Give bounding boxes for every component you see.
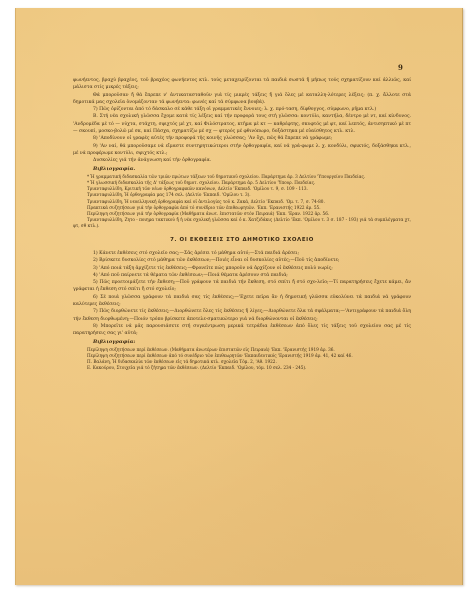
scanned-page: 9 φωνήεντος, βραχύ βραχέος, τοῦ βραχέος … <box>15 8 463 585</box>
question: 3) 'Από ποιά τάξη ἀρχίζετε τίς ἐκθέσεις;… <box>73 265 411 272</box>
page-number: 9 <box>398 63 403 72</box>
paragraph: Θά μποροῦσαν ἤ θά ἔπρεπε ν' ἀντικατασταθ… <box>73 92 411 107</box>
bibliography-entry: Τριανταφυλλίδη, Ζητο - ποιημα τακτικού ἤ… <box>73 217 411 229</box>
page-body: φωνήεντος, βραχύ βραχέος, τοῦ βραχέος φω… <box>73 77 411 372</box>
question: 1) Κάνετε ἐκθέσεις στό σχολεῖο σας;—Σᾶς … <box>73 250 411 257</box>
question: 4) 'Από ποῦ παίρνετε τά θέματα τῶν ἐκθέσ… <box>73 272 411 279</box>
question: 5) Πῶς προετοιμάζετε τήν ἔκθεση;—Ποῦ γρά… <box>73 279 411 294</box>
bibliography-entry: Ε. Κακούρου, Στοιχεῖα γιά τό ζήτημα τῶν … <box>73 365 411 371</box>
bibliography-heading: Βιβλιογραφία: <box>73 339 411 346</box>
section-heading: 7. ΟΙ ΕΚΘΕΣΕΙΣ ΣΤΟ ΔΗΜΟΤΙΚΟ ΣΧΟΛΕΙΟ <box>73 237 411 244</box>
question-9: 9) 'Αν ναί, θά μποροῦσαμε νά εἴμαστε συν… <box>73 143 411 158</box>
question: 6) Σέ ποιά γλῶσσα γράφουν τά παιδιά σας … <box>73 294 411 309</box>
question: 7) Πῶς διορθώνετε τίς ἐκθέσεις;—Διορθώνε… <box>73 308 411 323</box>
question-8: 8) 'Αποδίνουν οἱ γραφές αὐτές τήν προφορ… <box>73 135 411 142</box>
question: 2) Βρίσκετε δυσκολίες στό μάθημα τῶν ἐκθ… <box>73 257 411 264</box>
paragraph: Δυσκολίες γιά τήν ἀνάγνωση καί τήν ὀρθογ… <box>73 157 411 164</box>
question: 8) Μπορεῖτε νά μᾶς παρουσιάσετε στή συγκ… <box>73 323 411 338</box>
bibliography-heading: Βιβλιογραφία. <box>73 166 411 173</box>
paragraph: φωνήεντος, βραχύ βραχέος, τοῦ βραχέος φω… <box>73 77 411 92</box>
paragraph-b: Β. Στή νέα σχολική γλῶσσα ἔχομε κατά τίς… <box>73 113 411 135</box>
question-7: 7) Πῶς ὁρίζονται ἀπό τό δάσκαλο σέ κάθε … <box>73 106 411 113</box>
